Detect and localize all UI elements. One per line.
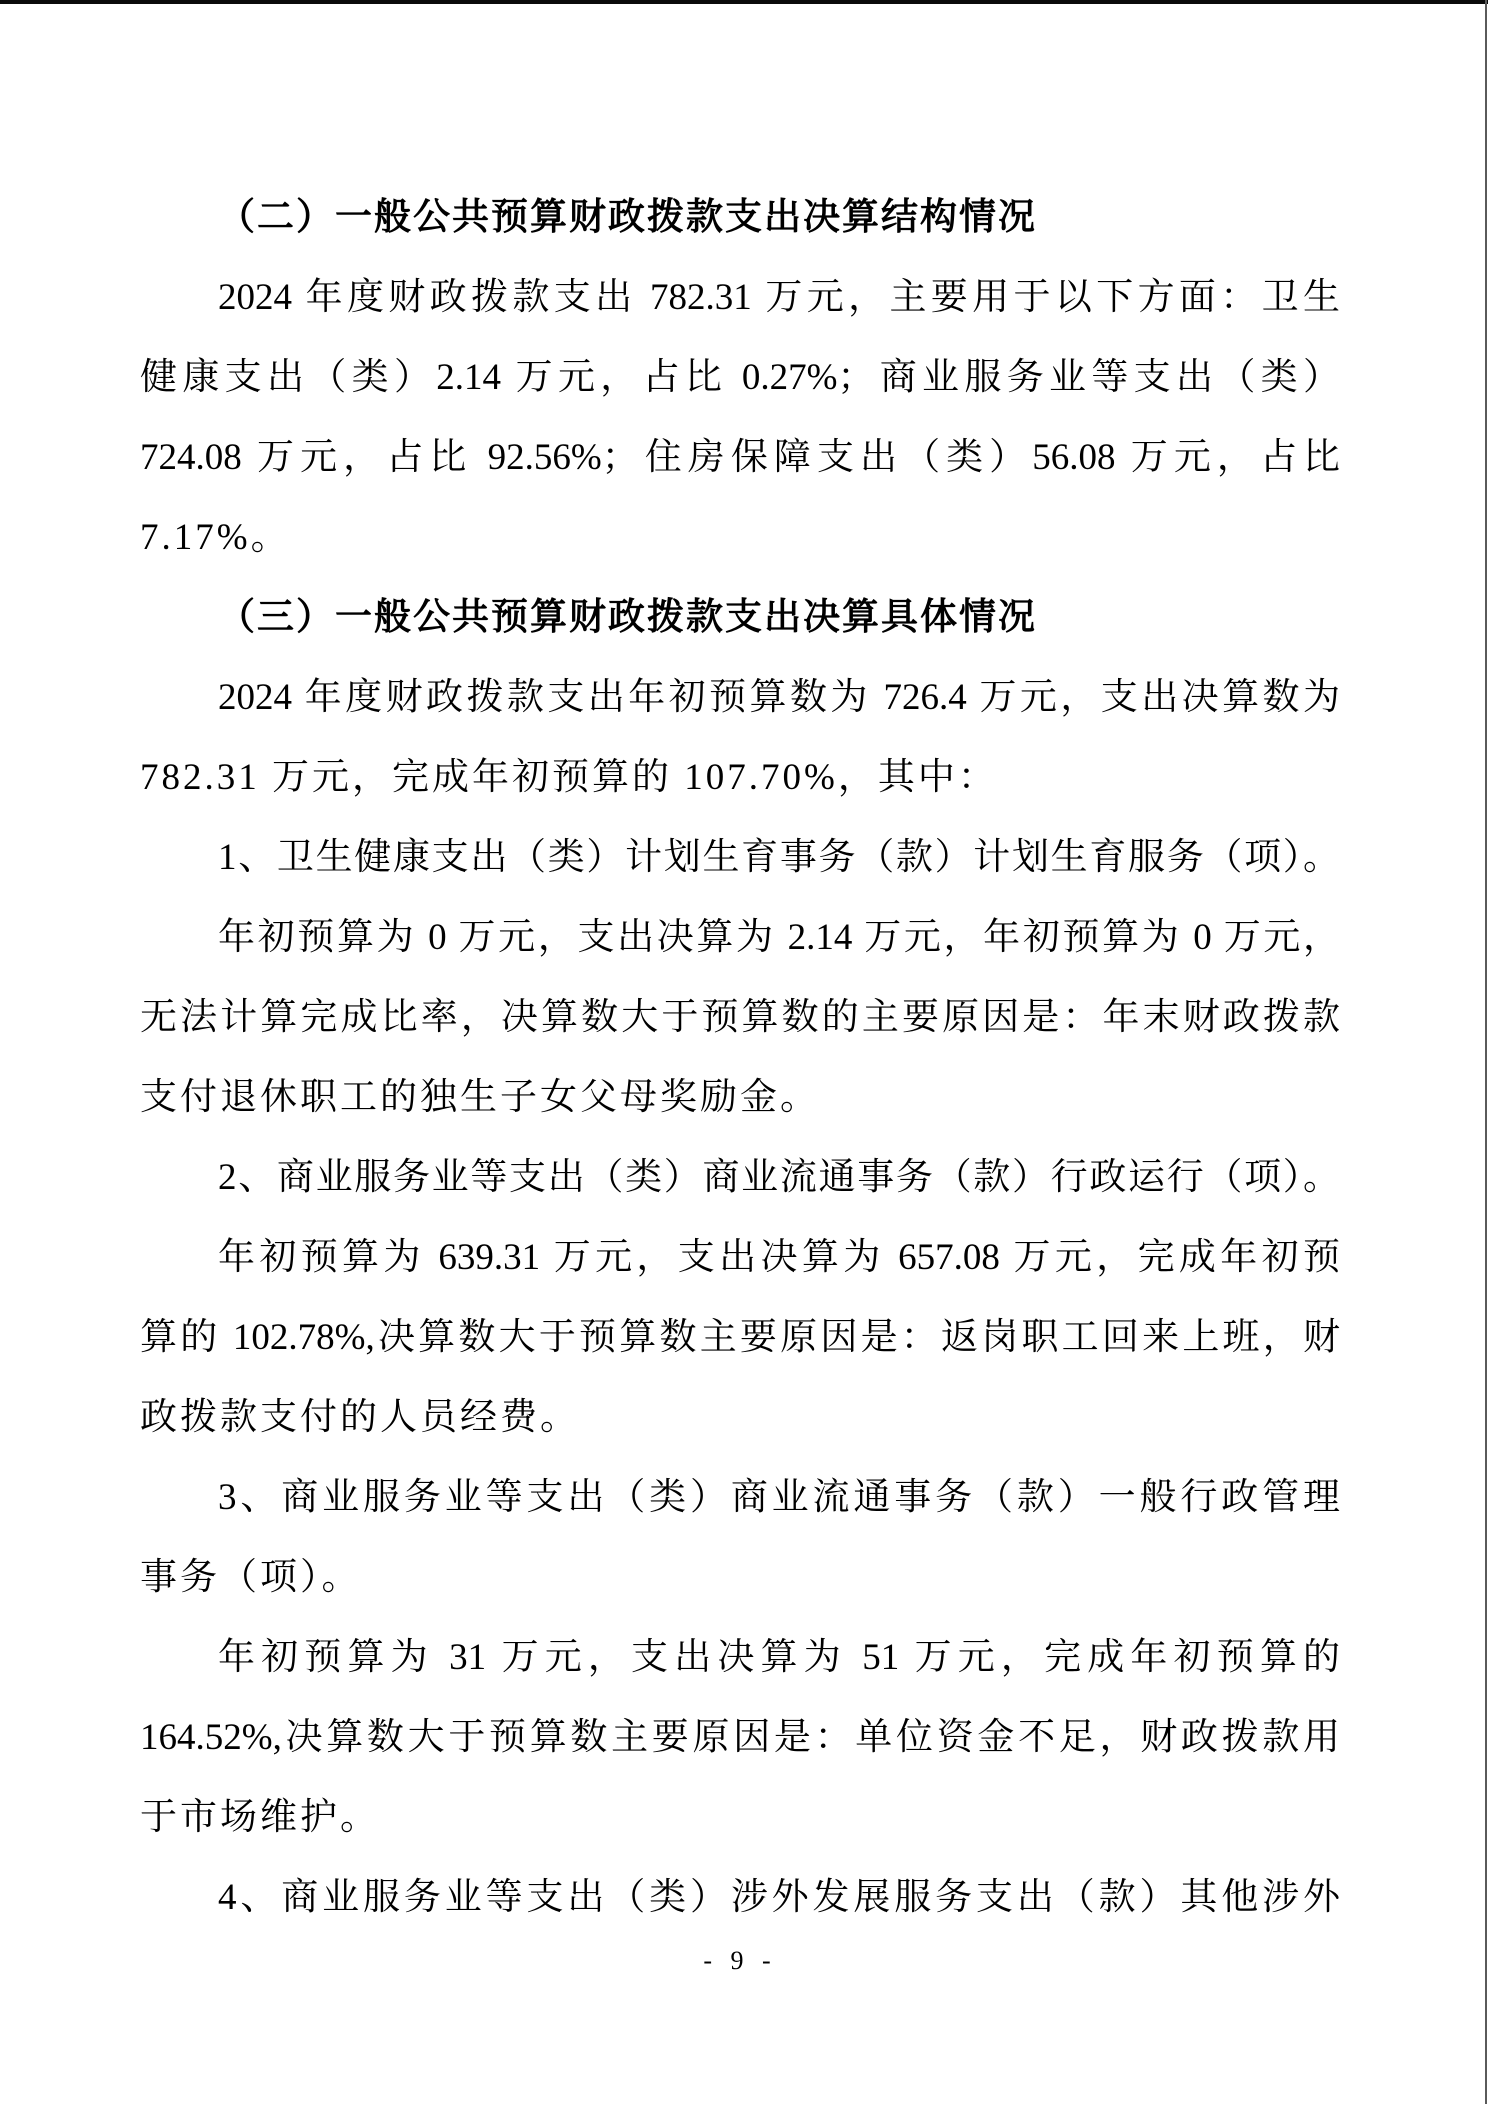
text-line: 年初预算为 0 万元，支出决算为 2.14 万元，年初预算为 0 万元，: [140, 898, 1340, 978]
section-heading: （三）一般公共预算财政拨款支出决算具体情况: [140, 578, 1340, 658]
text-line: 事务（项）。: [140, 1538, 1340, 1618]
text-line: 支付退休职工的独生子女父母奖励金。: [140, 1058, 1340, 1138]
text-line: 2024 年度财政拨款支出 782.31 万元，主要用于以下方面：卫生: [140, 258, 1340, 338]
text-line: 政拨款支付的人员经费。: [140, 1378, 1340, 1458]
text-line: 2024 年度财政拨款支出年初预算数为 726.4 万元，支出决算数为: [140, 658, 1340, 738]
section-heading: （二）一般公共预算财政拨款支出决算结构情况: [140, 178, 1340, 258]
text-line: 健康支出（类）2.14 万元，占比 0.27%；商业服务业等支出（类）: [140, 338, 1340, 418]
text-line: 无法计算完成比率，决算数大于预算数的主要原因是：年末财政拨款: [140, 978, 1340, 1058]
text-line: 算的 102.78%,决算数大于预算数主要原因是：返岗职工回来上班，财: [140, 1298, 1340, 1378]
text-block: （二）一般公共预算财政拨款支出决算结构情况2024 年度财政拨款支出 782.3…: [140, 178, 1340, 1938]
scan-edge-top: [0, 0, 1488, 4]
text-line: 年初预算为 31 万元，支出决算为 51 万元，完成年初预算的: [140, 1618, 1340, 1698]
text-line: 724.08 万元，占比 92.56%；住房保障支出（类）56.08 万元，占比: [140, 418, 1340, 498]
text-line: 年初预算为 639.31 万元，支出决算为 657.08 万元，完成年初预: [140, 1218, 1340, 1298]
text-line: 4、商业服务业等支出（类）涉外发展服务支出（款）其他涉外: [140, 1858, 1340, 1938]
text-line: 164.52%,决算数大于预算数主要原因是：单位资金不足，财政拨款用: [140, 1698, 1340, 1778]
text-line: 于市场维护。: [140, 1778, 1340, 1858]
text-line: 2、商业服务业等支出（类）商业流通事务（款）行政运行（项）。: [140, 1138, 1340, 1218]
scan-edge-right: [1485, 0, 1487, 2104]
document-page: （二）一般公共预算财政拨款支出决算结构情况2024 年度财政拨款支出 782.3…: [0, 0, 1488, 2104]
page-number: - 9 -: [140, 1941, 1340, 1981]
text-line: 7.17%。: [140, 498, 1340, 578]
text-line: 782.31 万元，完成年初预算的 107.70%，其中：: [140, 738, 1340, 818]
text-line: 3、商业服务业等支出（类）商业流通事务（款）一般行政管理: [140, 1458, 1340, 1538]
text-line: 1、卫生健康支出（类）计划生育事务（款）计划生育服务（项）。: [140, 818, 1340, 898]
